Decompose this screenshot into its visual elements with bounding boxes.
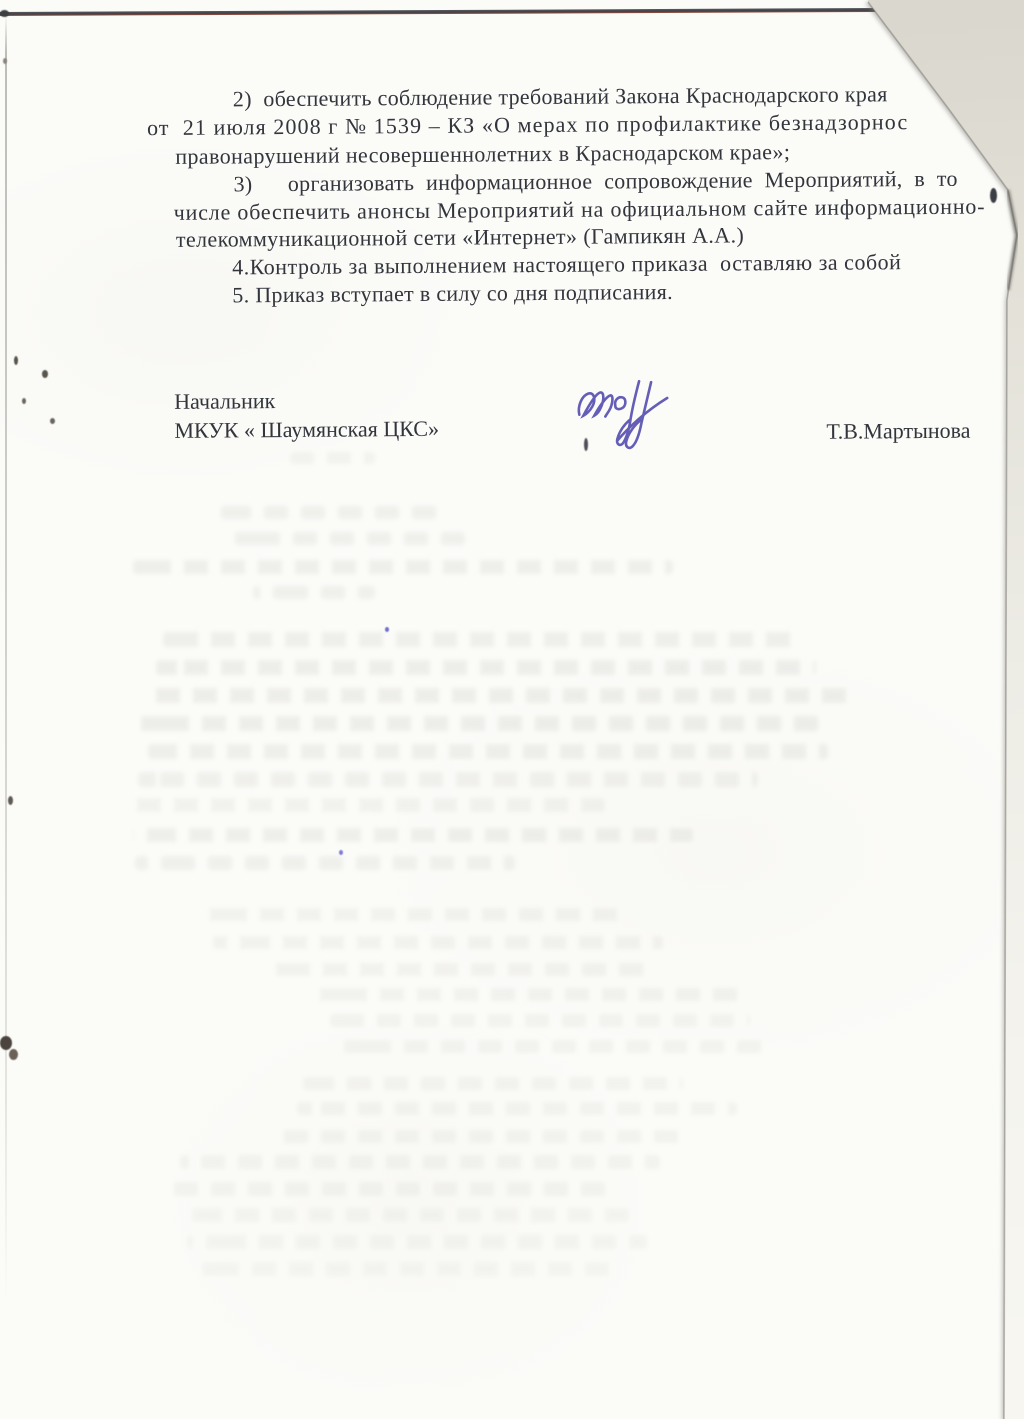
signer-position-line-2: МКУК « Шаумянская ЦКС» bbox=[174, 415, 439, 445]
handwritten-signature bbox=[557, 356, 698, 467]
signer-name: Т.В.Мартынова bbox=[826, 417, 970, 446]
order-item-4-line: 4.Контроль за выполнением настоящего при… bbox=[232, 248, 901, 281]
signer-position-line-1: Начальник bbox=[174, 387, 275, 416]
order-item-5-line: 5. Приказ вступает в силу со дня подписа… bbox=[232, 278, 673, 309]
scanned-document-page: 2) обеспечить соблюдение требований Зако… bbox=[0, 0, 1024, 1419]
document-body: 2) обеспечить соблюдение требований Зако… bbox=[0, 0, 1024, 1419]
order-item-3-line-3: телекоммуникационной сети «Интернет» (Га… bbox=[176, 221, 744, 253]
order-item-2-line-2: от 21 июля 2008 г № 1539 – КЗ «О мерах п… bbox=[147, 108, 908, 142]
